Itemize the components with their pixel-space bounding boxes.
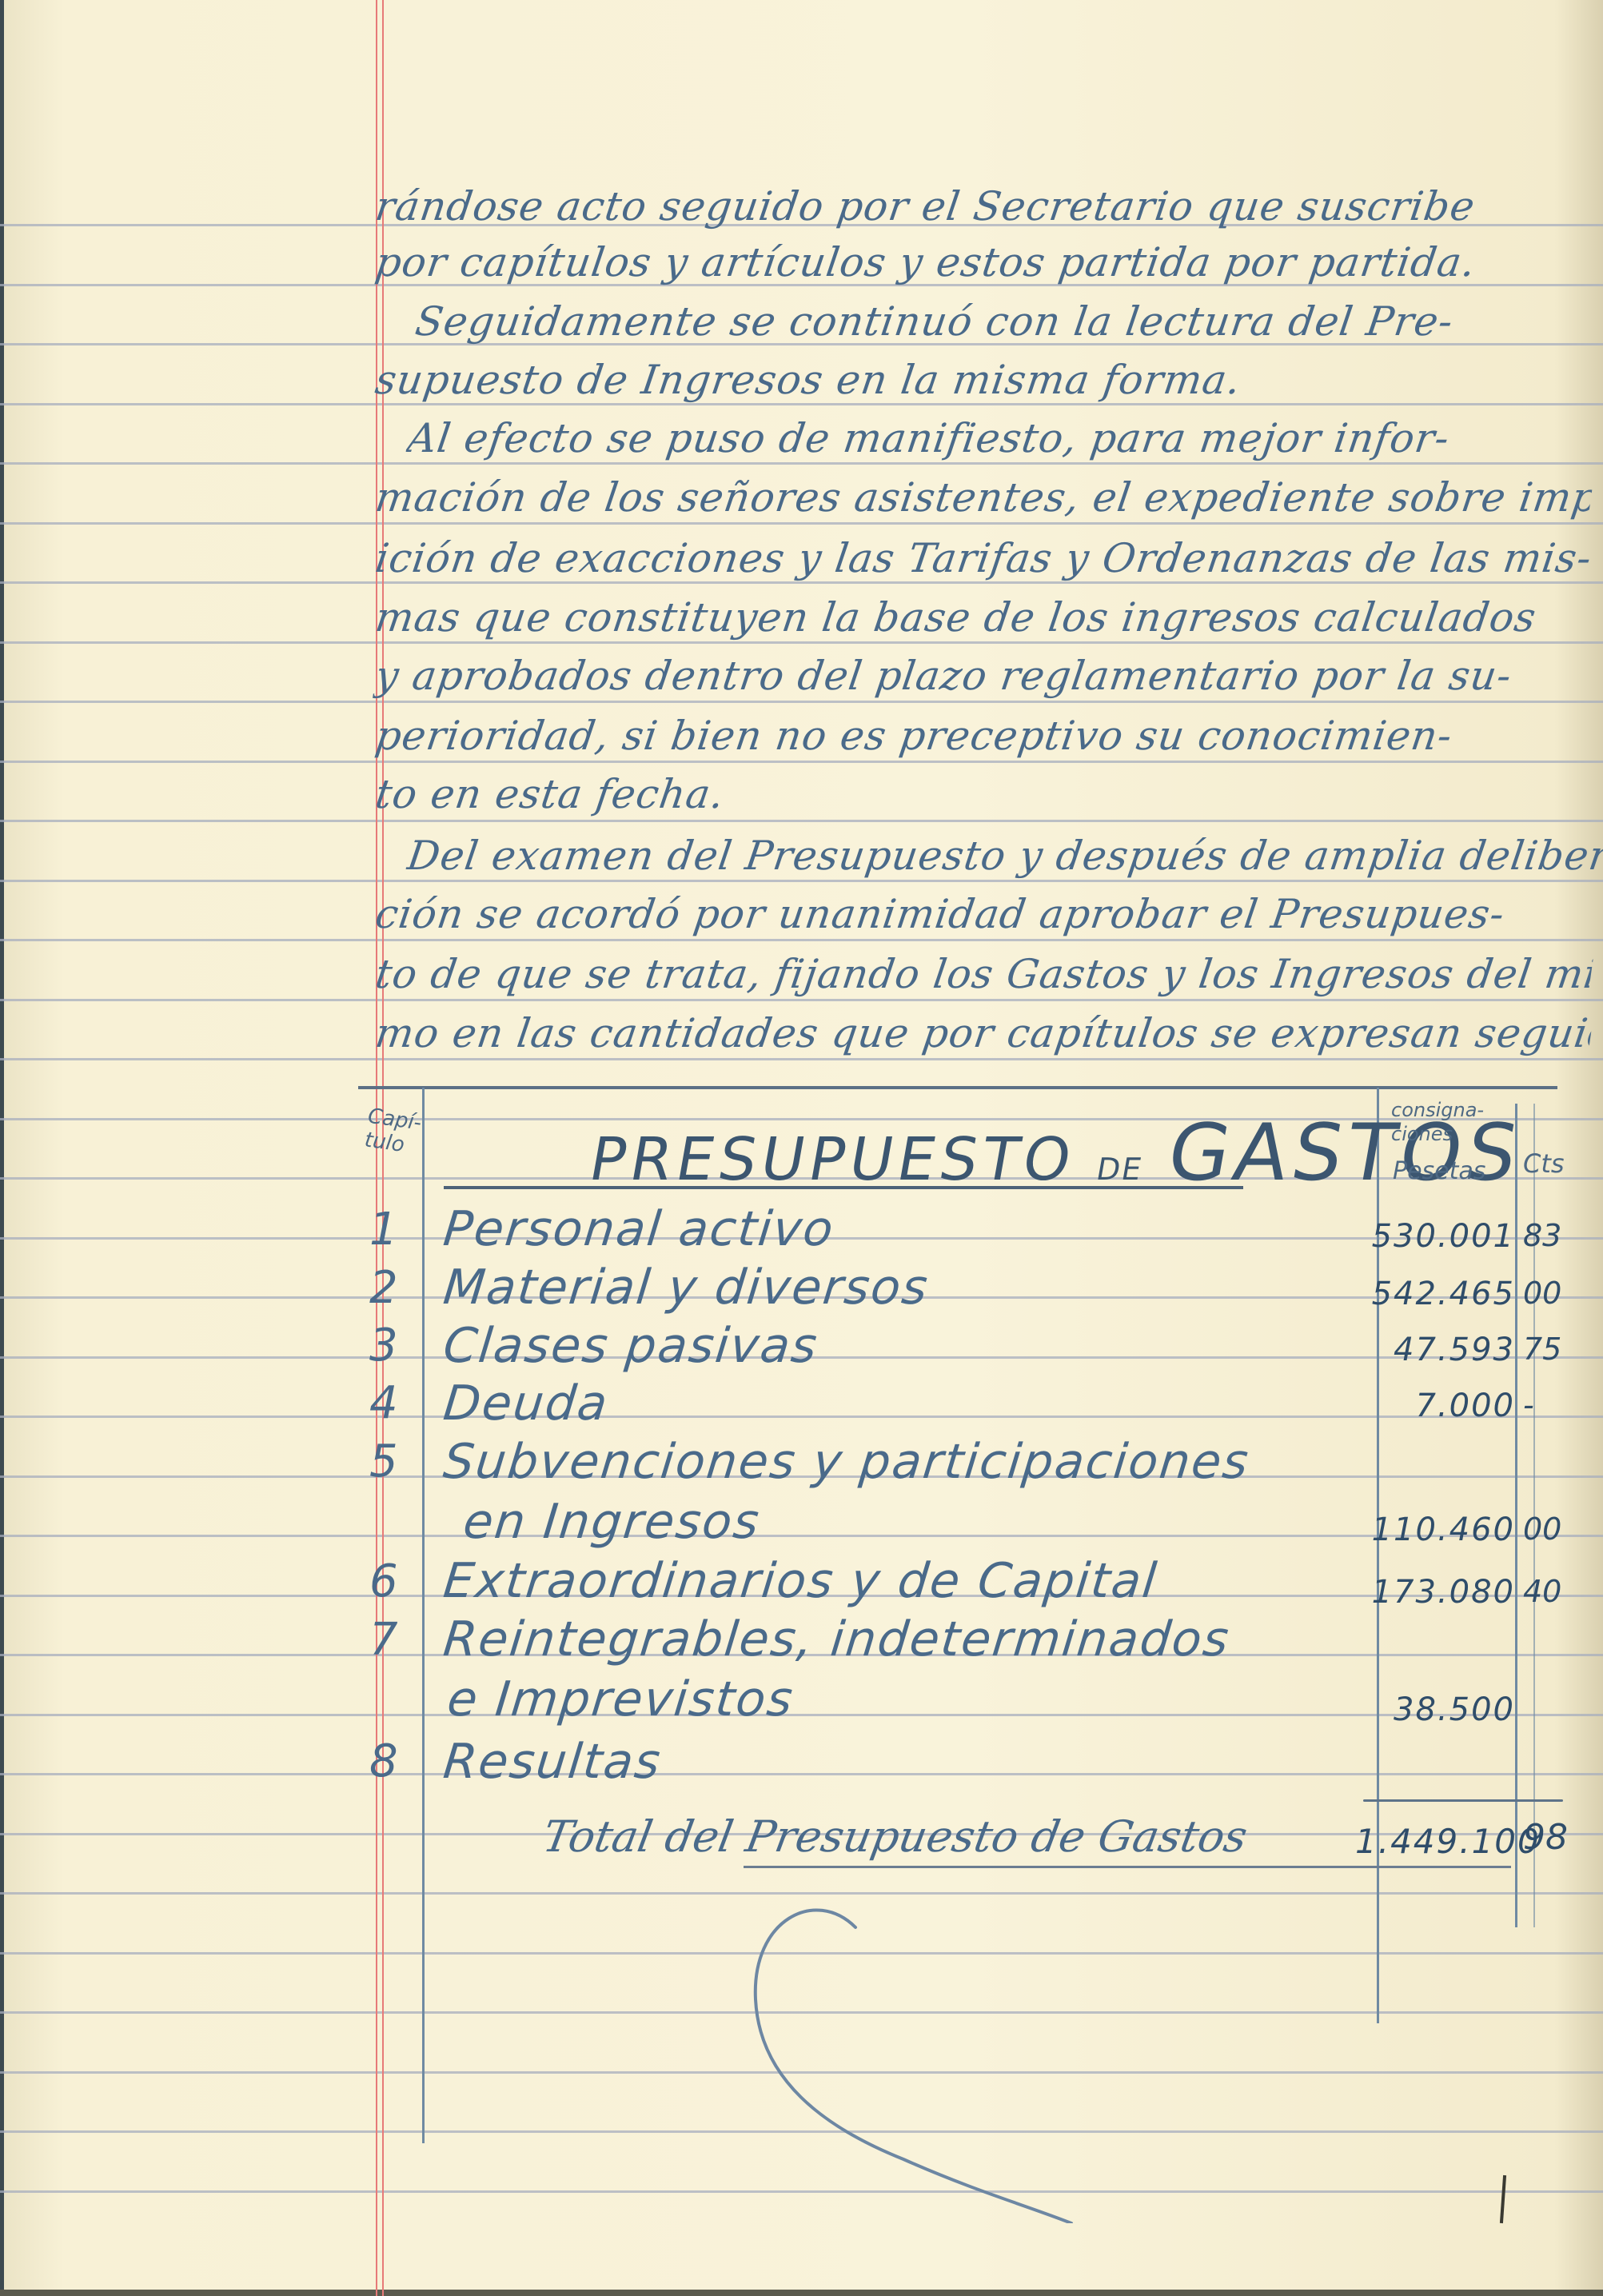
amount-cents: 75 <box>1523 1332 1571 1367</box>
text-line: to de que se trata, fijando los Gastos y… <box>373 950 1594 998</box>
text-line: mación de los señores asistentes, el exp… <box>373 473 1594 521</box>
page-bottom-edge <box>0 2290 1603 2296</box>
amount-cents: 40 <box>1523 1574 1571 1609</box>
chapter-number: 7 <box>369 1614 398 1666</box>
title-word: DE <box>1094 1152 1146 1187</box>
ruled-line <box>0 1058 1603 1060</box>
text-line: ición de exacciones y las Tarifas y Orde… <box>373 534 1594 582</box>
chapter-number: 2 <box>369 1262 398 1314</box>
concept-continued: en Ingresos <box>461 1494 763 1550</box>
text-line: mo en las cantidades que por capítulos s… <box>373 1009 1594 1057</box>
ruled-line <box>0 939 1603 941</box>
chapter-number: 8 <box>369 1735 398 1787</box>
total-cents: 98 <box>1523 1817 1571 1858</box>
chapter-number: 1 <box>369 1204 398 1256</box>
concept: Clases pasivas <box>441 1318 821 1374</box>
closing-flourish-icon <box>696 1871 1143 2223</box>
pesetas-header: Pesetas <box>1393 1160 1485 1184</box>
chapter-number: 6 <box>369 1555 398 1607</box>
ledger-page: rándose acto seguido por el Secretario q… <box>0 0 1603 2296</box>
ruled-line <box>0 1773 1603 1775</box>
cents-column-divider <box>1515 1104 1517 1927</box>
concept: Subvenciones y participaciones <box>441 1434 1252 1490</box>
concept-continued: e Imprevistos <box>445 1671 796 1727</box>
amount-pesetas: 47.593 <box>1355 1332 1515 1368</box>
text-line: y aprobados dentro del plazo reglamentar… <box>373 652 1594 700</box>
concept: Extraordinarios y de Capital <box>441 1553 1160 1609</box>
amount-cents: - <box>1523 1388 1571 1423</box>
ruled-line <box>0 522 1603 525</box>
amount-pesetas: 7.000 <box>1355 1388 1515 1424</box>
concept: Personal activo <box>441 1201 837 1257</box>
text-line: supuesto de Ingresos en la misma forma. <box>373 356 1594 404</box>
chapter-number: 4 <box>369 1377 398 1429</box>
chapter-number: 5 <box>369 1435 398 1487</box>
ruled-line <box>0 880 1603 882</box>
title-word: PRESUPUESTO <box>584 1125 1081 1194</box>
text-line: Al efecto se puso de manifiesto, para me… <box>405 414 1603 462</box>
total-underline <box>744 1866 1511 1868</box>
total-pesetas: 1.449.100 <box>1355 1822 1515 1861</box>
amount-pesetas: 110.460 <box>1355 1511 1515 1548</box>
ruled-line <box>0 761 1603 763</box>
text-line: ción se acordó por unanimidad aprobar el… <box>373 890 1594 938</box>
text-line: Seguidamente se continuó con la lectura … <box>413 297 1603 345</box>
text-line: to en esta fecha. <box>373 770 1594 818</box>
ruled-line <box>0 641 1603 644</box>
chapter-column-header: Capí- tulo <box>363 1104 423 1160</box>
ruled-line <box>0 701 1603 703</box>
amount-pesetas: 38.500 <box>1355 1691 1515 1728</box>
chapter-number: 3 <box>369 1320 398 1372</box>
amount-pesetas: 542.465 <box>1355 1276 1515 1312</box>
cents-header: Cts <box>1523 1152 1565 1176</box>
text-line: Del examen del Presupuesto y después de … <box>405 832 1603 880</box>
text-line: perioridad, si bien no es preceptivo su … <box>373 712 1594 760</box>
amount-cents: 83 <box>1523 1218 1571 1253</box>
ruled-line <box>0 820 1603 822</box>
table-title: PRESUPUESTO DE GASTOS <box>584 1108 1529 1199</box>
ruled-line <box>0 999 1603 1001</box>
total-label: Total del Presupuesto de Gastos <box>539 1811 1250 1862</box>
chapter-column-divider <box>422 1088 425 2143</box>
page-mark <box>1500 2175 1506 2223</box>
amount-pesetas: 530.001 <box>1355 1218 1515 1255</box>
concept: Material y diversos <box>441 1260 931 1316</box>
amount-pesetas: 173.080 <box>1355 1574 1515 1611</box>
ruled-line <box>0 462 1603 465</box>
concept: Reintegrables, indeterminados <box>441 1611 1232 1667</box>
concept: Deuda <box>441 1376 611 1432</box>
amount-cents: 00 <box>1523 1276 1571 1311</box>
text-line: por capítulos y artículos y estos partid… <box>373 238 1594 286</box>
consignaciones-header: consigna- ciones <box>1391 1098 1484 1146</box>
text-line: mas que constituyen la base de los ingre… <box>373 593 1594 641</box>
text-line: rándose acto seguido por el Secretario q… <box>373 182 1594 230</box>
sum-rule <box>1363 1799 1563 1802</box>
title-underline <box>444 1186 1243 1189</box>
concept: Resultas <box>441 1734 664 1790</box>
amount-cents: 00 <box>1523 1511 1571 1547</box>
